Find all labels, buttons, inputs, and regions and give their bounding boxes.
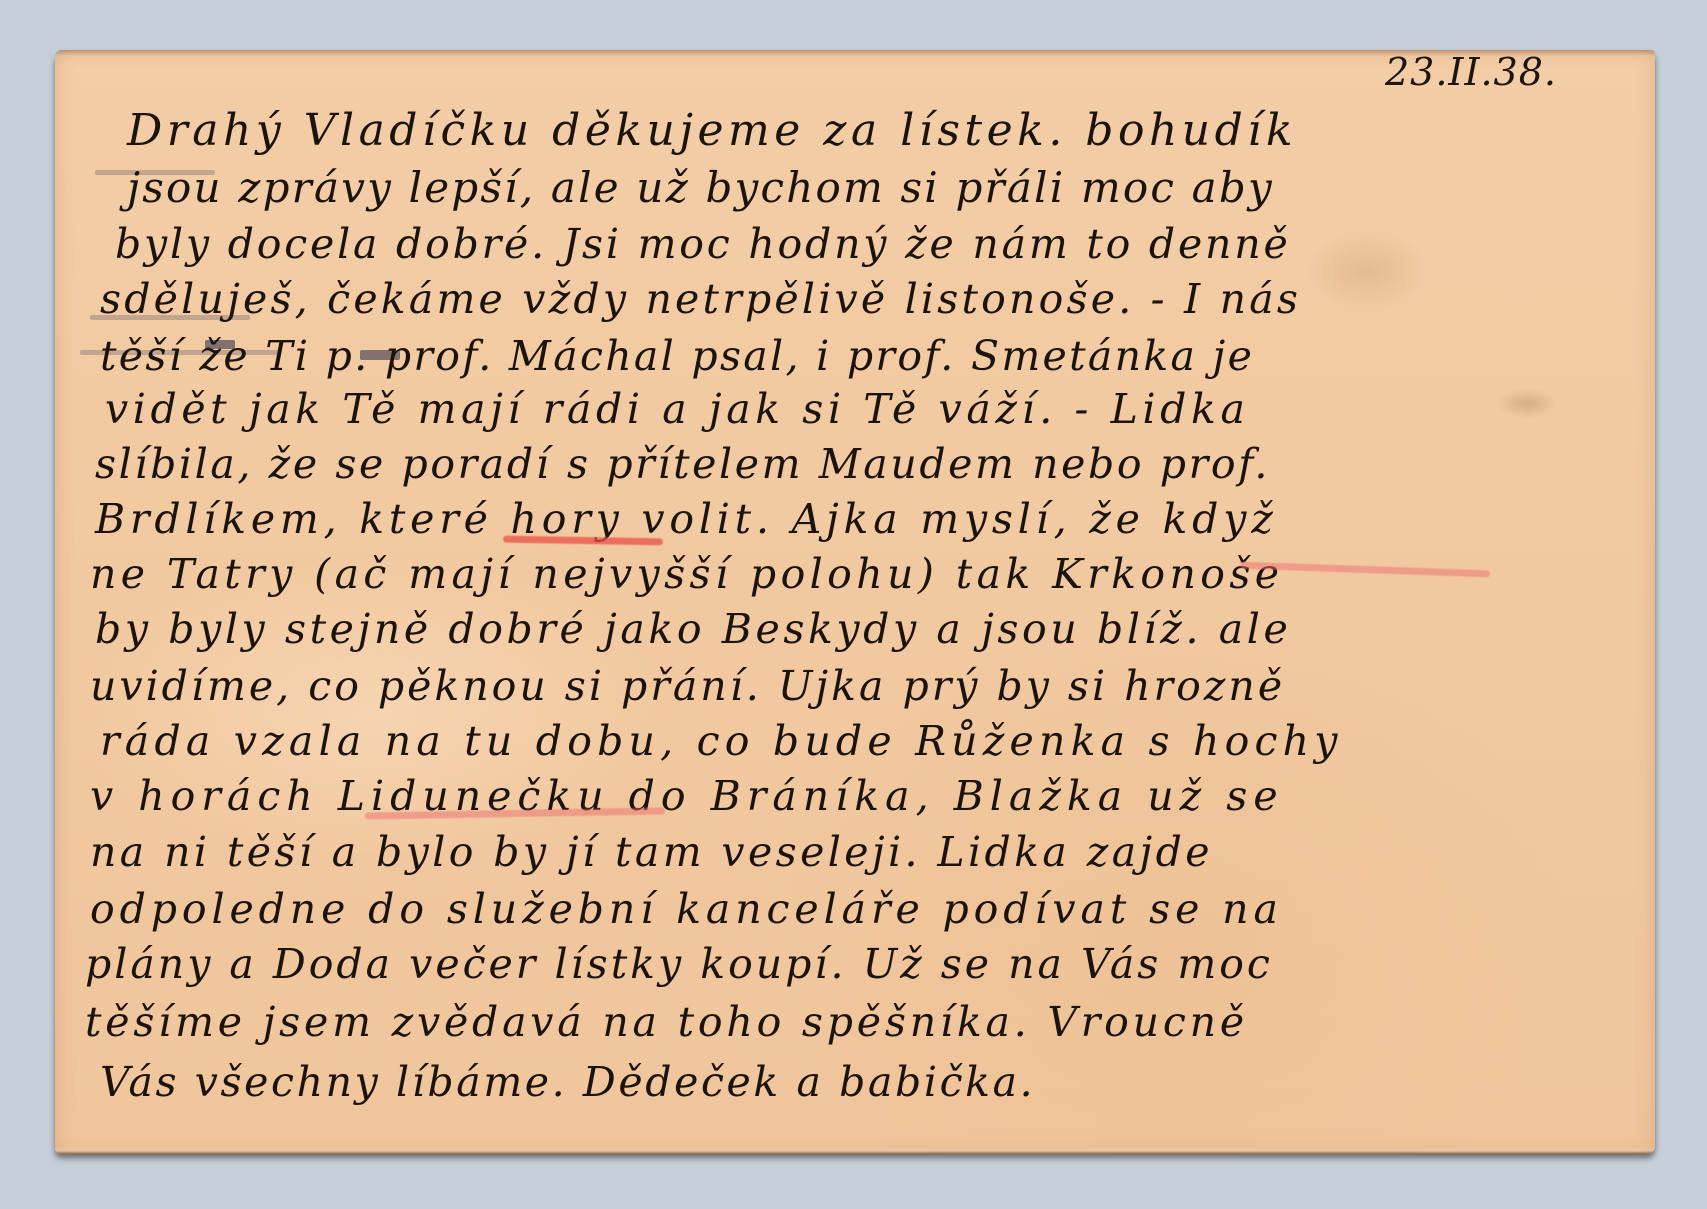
text-line: Brdlíkem, které hory volit. Ajka myslí, …	[95, 495, 1278, 543]
red-underline-hory	[503, 536, 663, 546]
text-line: těší že Ti p. prof. Máchal psal, i prof.…	[100, 332, 1254, 380]
text-line: ne Tatry (ač mají nejvyšší polohu) tak K…	[90, 550, 1283, 598]
text-line: uvidíme, co pěknou si přání. Ujka prý by…	[90, 662, 1285, 710]
text-line: těšíme jsem zvědavá na toho spěšníka. Vr…	[85, 998, 1248, 1046]
text-line: sděluješ, čekáme vždy netrpělivě listono…	[100, 275, 1301, 323]
text-line: slíbila, že se poradí s přítelem Maudem …	[95, 440, 1270, 488]
text-line: ráda vzala na tu dobu, co bude Růženka s…	[100, 717, 1343, 765]
text-line: byly docela dobré. Jsi moc hodný že nám …	[115, 220, 1291, 268]
text-line: odpoledne do služební kanceláře podívat …	[90, 885, 1283, 933]
text-line: by byly stejně dobré jako Beskydy a jsou…	[95, 605, 1291, 653]
text-line: na ni těší a bylo by jí tam veseleji. Li…	[90, 828, 1213, 876]
postcard-date: 23.II.38.	[1385, 50, 1557, 94]
signature-line: Vás všechny líbáme. Dědeček a babička.	[100, 1058, 1035, 1106]
text-line: plány a Doda večer lístky koupí. Už se n…	[85, 940, 1273, 988]
text-line: jsou zprávy lepší, ale už bychom si přál…	[127, 163, 1274, 212]
postcard: 23.II.38. Drahý Vladíčku děkujeme za lís…	[55, 50, 1655, 1154]
text-line: Drahý Vladíčku děkujeme za lístek. bohud…	[127, 105, 1297, 156]
card-bottom-edge	[55, 1146, 1655, 1154]
text-line: vidět jak Tě mají rádi a jak si Tě váží.…	[105, 385, 1250, 433]
text-line: v horách Lidunečku do Bráníka, Blažka už…	[90, 772, 1284, 820]
